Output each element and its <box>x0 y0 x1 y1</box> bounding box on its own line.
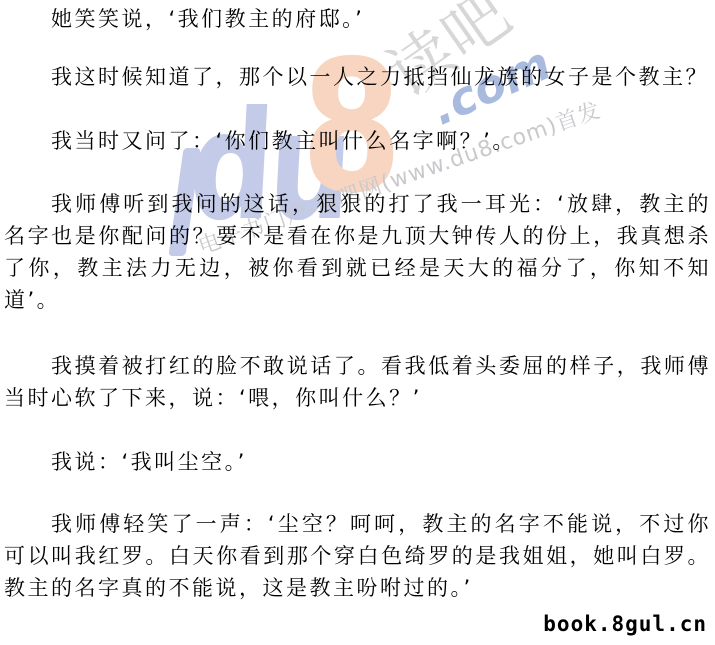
paragraph: 我师傅轻笑了一声：‘尘空？呵呵，教主的名字不能说，不过你可以叫我红罗。白天你看到… <box>4 508 711 604</box>
paragraph: 她笑笑说，‘我们教主的府邸。’ <box>4 3 711 35</box>
paragraph: 我当时又问了：‘你们教主叫什么名字啊？’。 <box>4 125 711 157</box>
site-url: book.8gul.cn <box>543 612 707 636</box>
paragraph: 我师傅听到我问的这话，狠狠的打了我一耳光：‘放肆，教主的名字也是你配问的？要不是… <box>4 188 711 316</box>
paragraph: 我摸着被打红的脸不敢说话了。看我低着头委屈的样子，我师傅当时心软了下来，说：‘喂… <box>4 350 711 414</box>
novel-text: 她笑笑说，‘我们教主的府邸。’ 我这时候知道了，那个以一人之力抵挡仙龙族的女子是… <box>0 0 715 645</box>
paragraph: 我这时候知道了，那个以一人之力抵挡仙龙族的女子是个教主？ <box>4 61 711 93</box>
paragraph: 我说：‘我叫尘空。’ <box>4 446 711 478</box>
ebook-page: du 8 读吧 .com 电子书门户-读吧网(www.du8.com)首发 她笑… <box>0 0 715 645</box>
